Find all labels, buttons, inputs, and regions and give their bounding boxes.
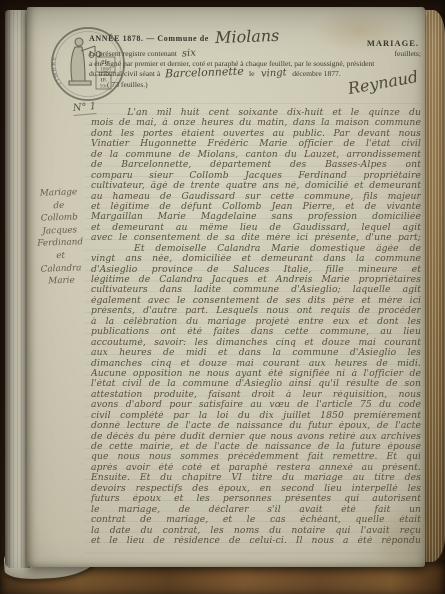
act-body-line: accoutumé, savoir: les dimanches cinq et…: [91, 338, 421, 348]
act-body-line: présents, d'autre part. Lesquels nous on…: [91, 306, 421, 316]
header-row: ANNÉE 1878. — Commune de Miolans MARIAGE…: [89, 27, 419, 48]
act-body-line: futurs époux et les personnes présentes …: [91, 494, 421, 504]
act-body-line: devoirs respectifs des époux, en second …: [91, 484, 421, 494]
act-body-line: Margaillan Marie Magdelaine sans profess…: [91, 212, 421, 222]
act-body-line: Aucune opposition ne nous ayant été sign…: [91, 369, 421, 379]
date-handwritten: vingt: [260, 69, 286, 80]
act-body-line: Vinatier Hugonnette Frédéric Marie offic…: [91, 139, 421, 149]
act-body-line: la date du contrat, les noms du notaire …: [91, 526, 421, 536]
line3-printed: du tribunal civil séant à: [89, 69, 160, 79]
act-body-line: mois de mai, à onze heures du matin, dan…: [91, 118, 421, 128]
act-body-line: L'an mil huit cent soixante dix-huit et …: [91, 108, 421, 118]
tribunal-place-handwritten: Barcelonnette: [165, 67, 244, 79]
act-body-line: dimanches cinq et douze mai courant aux …: [91, 359, 421, 369]
stamp-rim-text: TIMBRE: [51, 55, 64, 87]
act-body-line: Et demoiselle Calandra Marie domestique …: [91, 244, 421, 254]
act-body-line: dont les portes étaient ouvertes au publ…: [91, 129, 421, 139]
margin-note-line: Ferdinand: [29, 236, 91, 251]
feuillets-count-handwritten: six: [182, 49, 197, 60]
act-body-line: légitime de Calandra Jacques et Andreis …: [91, 275, 421, 285]
act-body-line: attestation produite, faisant droit à le…: [91, 390, 421, 400]
margin-note: MariagedeCollombJacquesFerdinandetCaland…: [27, 186, 92, 289]
act-body-line: de décès du père dudit dernier que nous …: [91, 432, 421, 442]
certification-line-1: Le présent registre contenant six feuill…: [89, 49, 421, 59]
act-body-line: de Barcelonnette, département des Basses…: [91, 160, 421, 170]
act-body-line: civil complété par la loi du dix juillet…: [91, 411, 421, 421]
act-body-line: au hameau de Gaudissard sur cette commun…: [91, 192, 421, 202]
act-body-line: cultivateurs dans ladite commune d'Asieg…: [91, 285, 421, 295]
act-body-line: d'Asieglio province de Saluces Italie, f…: [91, 265, 421, 275]
act-body-line: de cette mairie, et de l'acte de naissan…: [91, 442, 421, 452]
act-body-line: cultivateur, âgé de trente quatre ans né…: [91, 181, 421, 191]
act-body: L'an mil huit cent soixante dix-huit et …: [91, 108, 421, 546]
act-body-line: que nous nous sommes précédemment fait r…: [91, 452, 421, 462]
act-body-line: le mariage, de déclarer s'il avait été f…: [91, 505, 421, 515]
act-body-line: comparu sieur Collomb Jacques Ferdinand …: [91, 171, 421, 181]
act-body-line: aux heures de midi et dans la commune d'…: [91, 348, 421, 358]
act-body-line: donné lecture de l'acte de naissance du …: [91, 421, 421, 431]
act-body-line: également avec le consentement de ses di…: [91, 296, 421, 306]
mariage-label: MARIAGE.: [367, 38, 419, 48]
margin-note-line: Marie: [30, 274, 92, 289]
act-body-line: contrat de mariage, et le cas échéant, q…: [91, 515, 421, 525]
line3-end: décembre 1877.: [292, 69, 341, 79]
certification-line-2: a été signé par premier et dernier, coté…: [89, 59, 421, 69]
commune-handwritten: Miolans: [215, 26, 280, 47]
act-body-line: après avoir été coté et paraphé restera …: [91, 463, 421, 473]
act-body-line: avons d'abord pour satisfaire au vœu de …: [91, 400, 421, 410]
act-body-line: avec le consentement de sa dite mère ici…: [91, 233, 421, 243]
line1-right: feuillets;: [394, 49, 421, 59]
register-photo: 2fr 1868 1F. 50c TIMBRE ANNÉE 1878. — Co…: [0, 0, 445, 594]
line1-printed: Le présent registre contenant: [89, 49, 177, 59]
act-body-line: publications ont été faites dans cette c…: [91, 327, 421, 337]
act-body-line: de la commune de Miolans, canton du Lauz…: [91, 150, 421, 160]
register-page: 2fr 1868 1F. 50c TIMBRE ANNÉE 1878. — Co…: [27, 7, 425, 567]
act-body-line: à la célébration du mariage projeté entr…: [91, 317, 421, 327]
act-body-line: et demeurant au même lieu de Gaudissard,…: [91, 223, 421, 233]
fore-edge-leaves: [423, 10, 445, 562]
act-body-line: Ensuite. Et du chapitre VI titre du mari…: [91, 473, 421, 483]
act-body-line: l'état civil de la commune d'Asieglio ai…: [91, 379, 421, 389]
act-body-line: vingt ans née, domiciliée et demeurant d…: [91, 254, 421, 264]
line3-le: le: [249, 69, 254, 79]
act-body-line: et légitime de défunt Collomb Jean Pierr…: [91, 202, 421, 212]
right-fore-edge: [423, 10, 445, 562]
annee-commune-label: ANNÉE 1878. — Commune de: [89, 34, 209, 43]
act-body-line: et le lieu de résidence de celui-ci. Il …: [91, 536, 421, 546]
